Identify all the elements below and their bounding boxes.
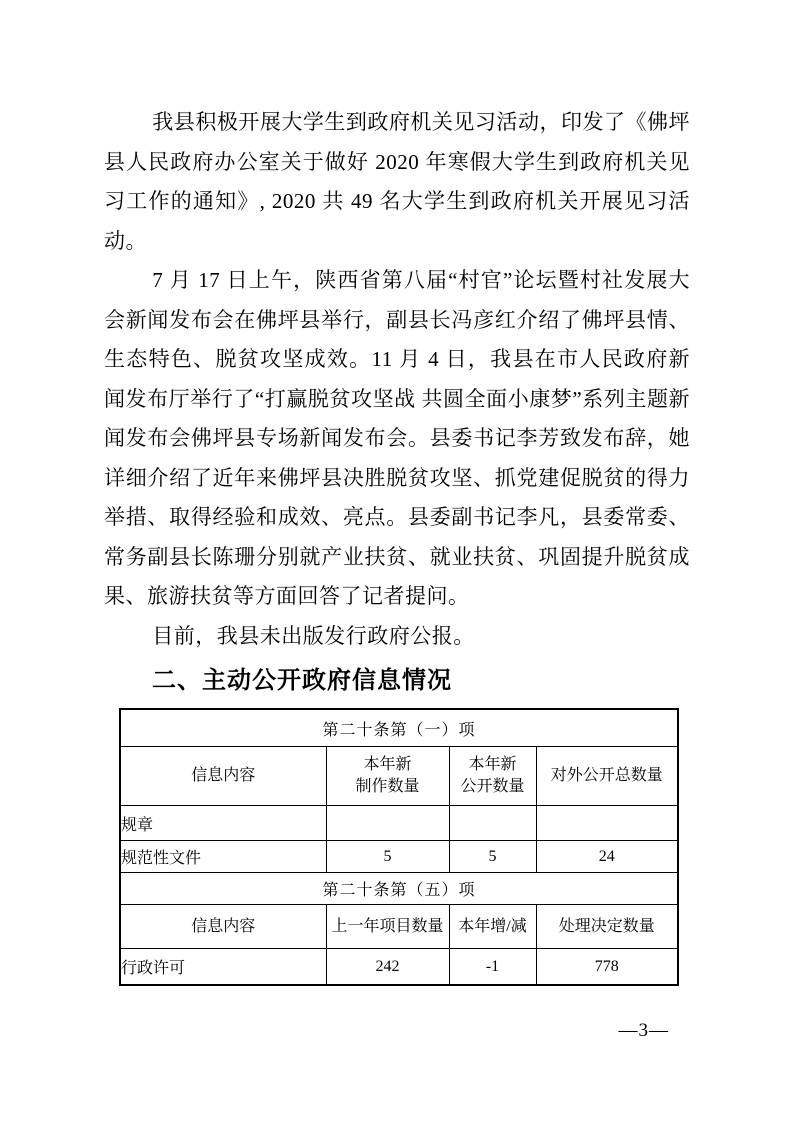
cell-regulations-made	[326, 806, 449, 841]
cell-licensing-change: -1	[449, 949, 536, 986]
info-disclosure-table: 第二十条第（一）项 信息内容 本年新 制作数量 本年新 公开数量	[119, 708, 679, 986]
table-row: 规范性文件 5 5 24	[120, 841, 678, 873]
document-content: 我县积极开展大学生到政府机关见习活动，印发了《佛坪县人民政府办公室关于做好 20…	[104, 103, 690, 986]
section1-title: 第二十条第（一）项	[120, 709, 678, 747]
header-label: 信息内容	[121, 916, 326, 938]
cell-regulations-published	[449, 806, 536, 841]
section2-header-change: 本年增/减	[449, 905, 536, 949]
header-label: 制作数量	[327, 776, 449, 798]
header-label: 处理决定数量	[537, 916, 678, 938]
section1-header-published: 本年新 公开数量	[449, 747, 536, 806]
cell-normative-total: 24	[536, 841, 678, 873]
cell-licensing-previous-year: 242	[326, 949, 449, 986]
page-number: —3—	[619, 1020, 670, 1042]
table-row: 第二十条第（五）项	[120, 873, 678, 905]
table-row: 第二十条第（一）项	[120, 709, 678, 747]
section-heading: 二、主动公开政府信息情况	[104, 665, 690, 696]
table-row: 规章	[120, 806, 678, 841]
section1-header-total: 对外公开总数量	[536, 747, 678, 806]
header-label: 上一年项目数量	[327, 916, 449, 938]
section1-header-made: 本年新 制作数量	[326, 747, 449, 806]
header-label: 对外公开总数量	[537, 765, 678, 787]
document-page: 我县积极开展大学生到政府机关见习活动，印发了《佛坪县人民政府办公室关于做好 20…	[0, 0, 793, 1122]
section2-header-previous-year: 上一年项目数量	[326, 905, 449, 949]
cell-normative-made: 5	[326, 841, 449, 873]
table-row: 行政许可 242 -1 778	[120, 949, 678, 986]
paragraph-press-conference: 7 月 17 日上午，陕西省第八届“村官”论坛暨村社发展大会新闻发布会在佛坪县举…	[104, 261, 690, 617]
row-label-admin-licensing: 行政许可	[120, 949, 326, 986]
paragraph-gazette: 目前，我县未出版发行政府公报。	[104, 617, 690, 657]
header-label: 公开数量	[450, 776, 536, 798]
header-label: 本年增/减	[450, 916, 536, 938]
section2-header-decisions: 处理决定数量	[536, 905, 678, 949]
cell-regulations-total	[536, 806, 678, 841]
cell-licensing-decisions: 778	[536, 949, 678, 986]
header-label: 信息内容	[121, 765, 326, 787]
header-label: 本年新	[327, 754, 449, 776]
section2-title: 第二十条第（五）项	[120, 873, 678, 905]
section2-header-content: 信息内容	[120, 905, 326, 949]
row-label-normative-documents: 规范性文件	[120, 841, 326, 873]
table-row: 信息内容 上一年项目数量 本年增/减 处理决定数量	[120, 905, 678, 949]
paragraph-internship: 我县积极开展大学生到政府机关见习活动，印发了《佛坪县人民政府办公室关于做好 20…	[104, 103, 690, 261]
row-label-regulations: 规章	[120, 806, 326, 841]
cell-normative-published: 5	[449, 841, 536, 873]
table-row: 信息内容 本年新 制作数量 本年新 公开数量 对外公开总数量	[120, 747, 678, 806]
header-label: 本年新	[450, 754, 536, 776]
section1-header-content: 信息内容	[120, 747, 326, 806]
